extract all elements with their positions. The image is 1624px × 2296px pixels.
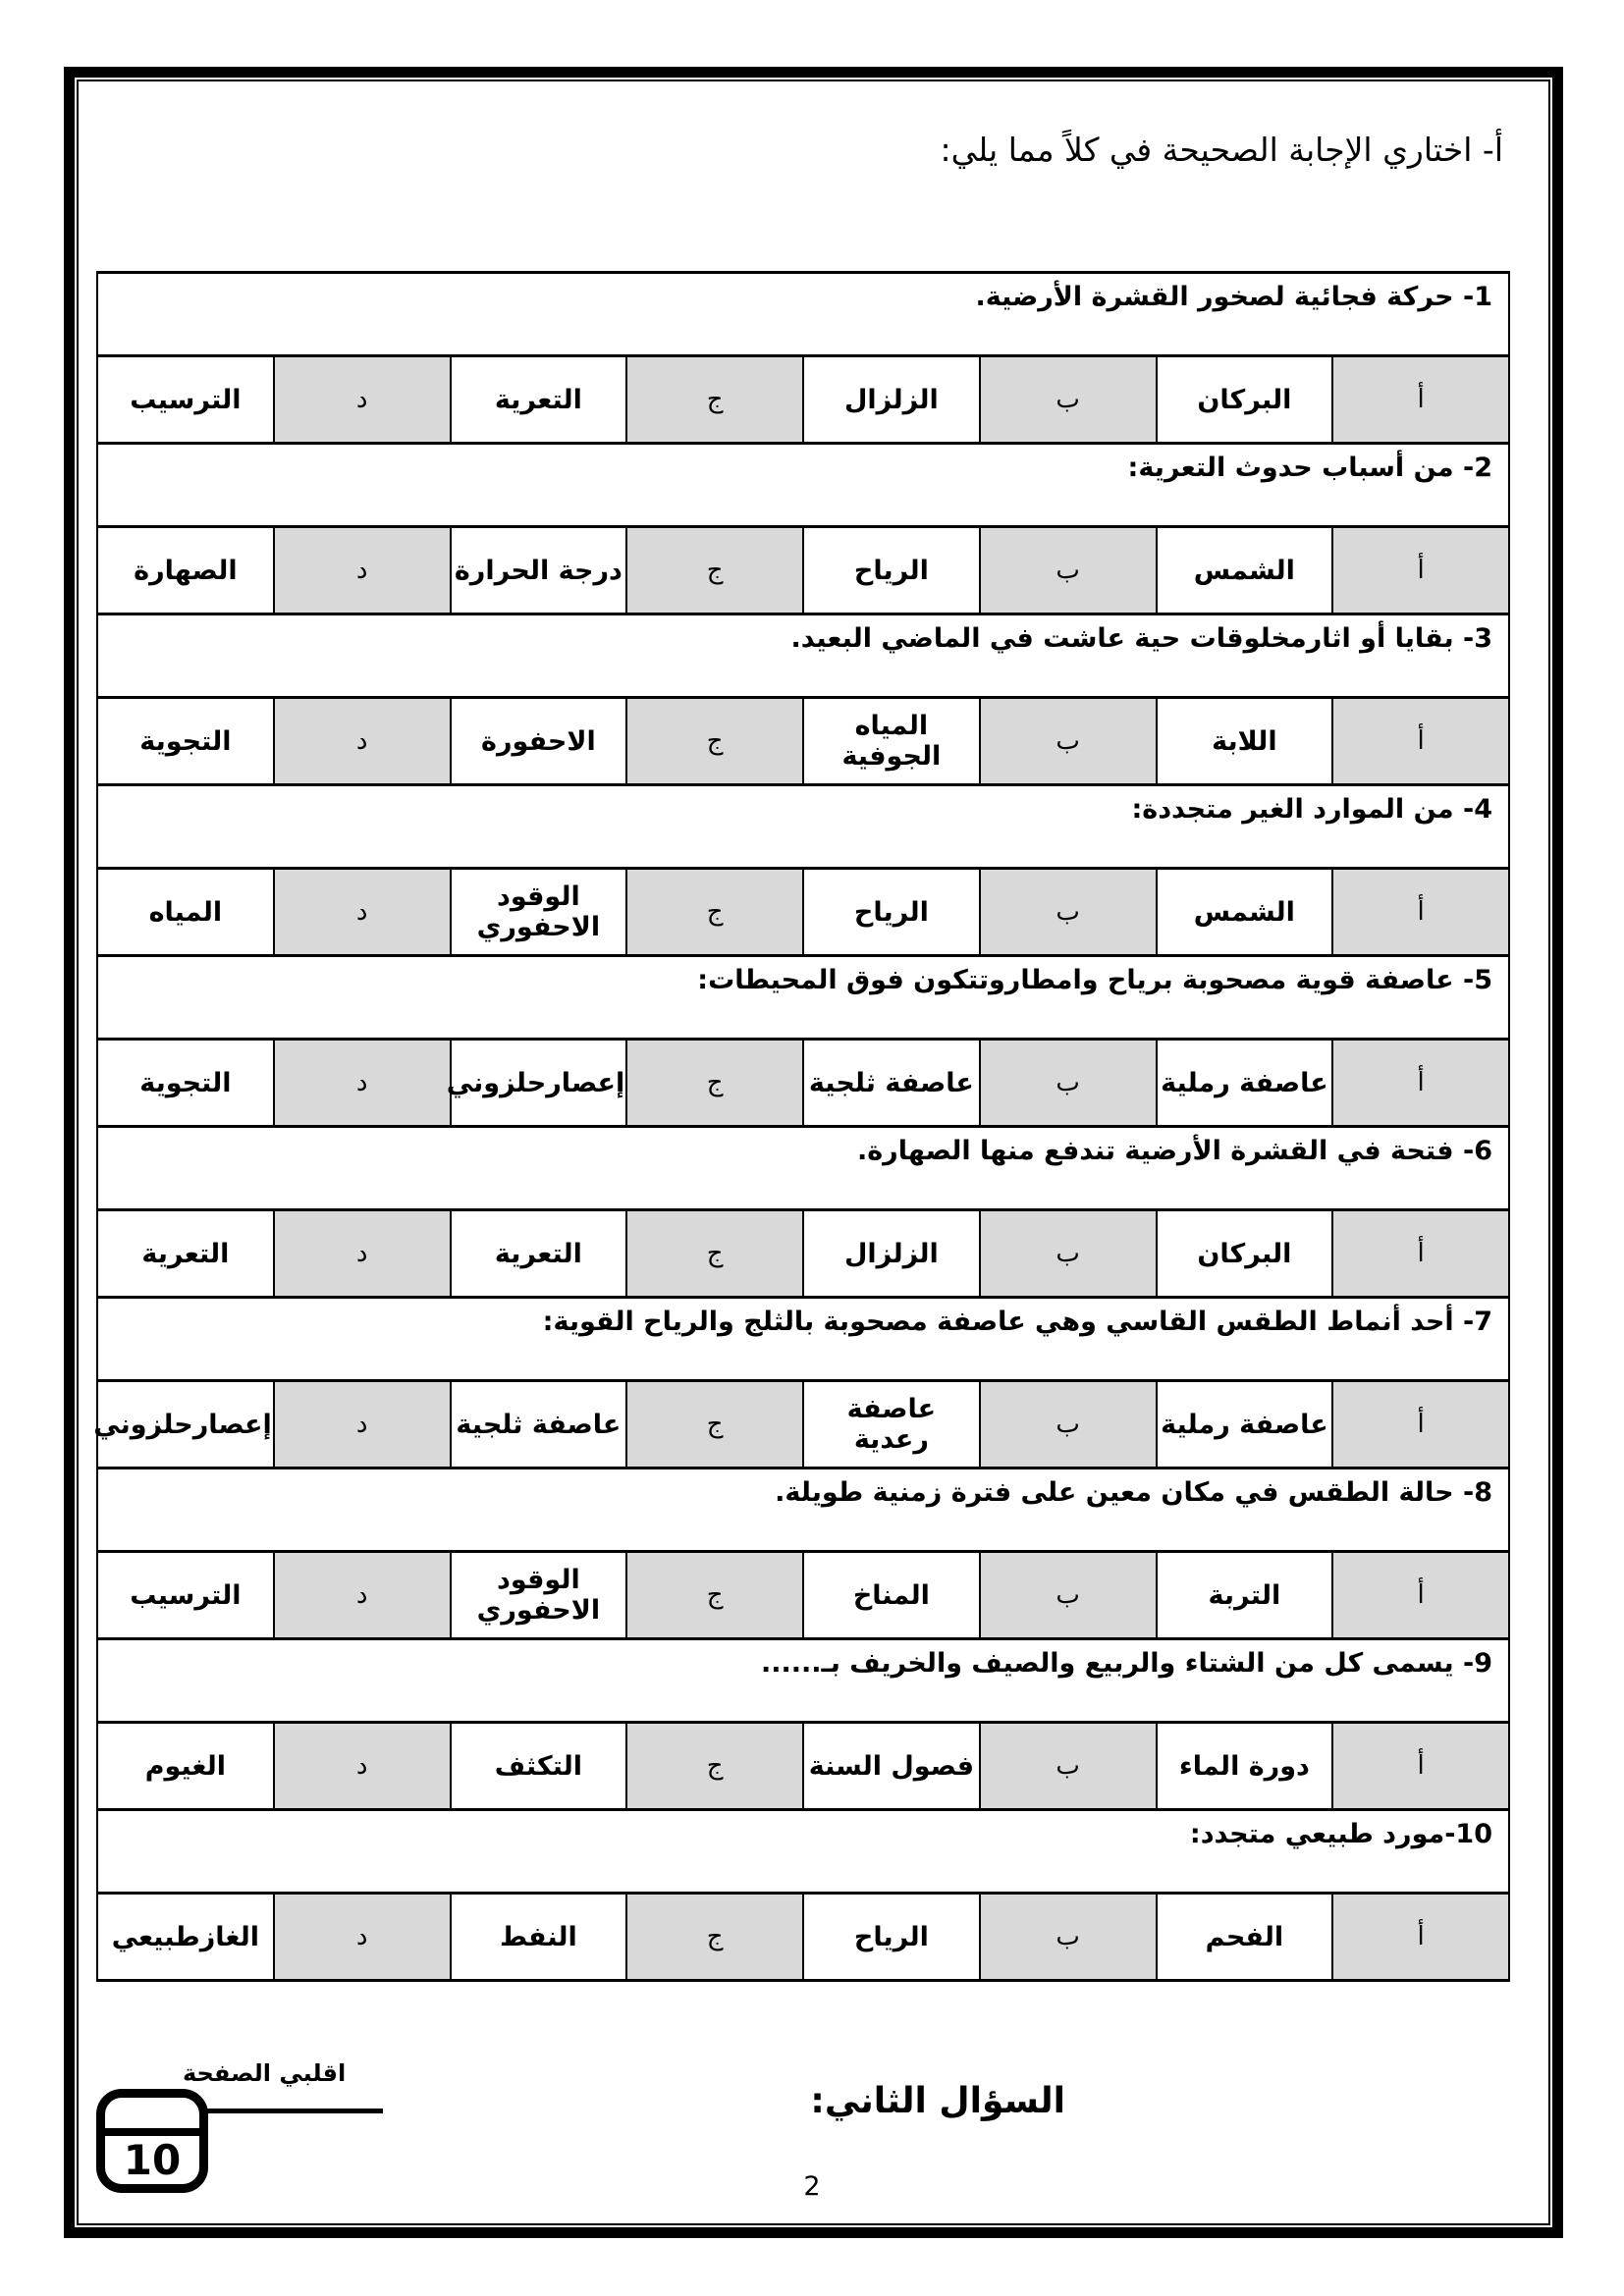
- option-answer: التجوية: [97, 698, 274, 785]
- option-answer: الشمس: [1157, 527, 1333, 614]
- option-letter: أ: [1332, 1210, 1509, 1298]
- turn-page-underline: [202, 2109, 383, 2113]
- option-answer: التعرية: [451, 356, 627, 444]
- question-row: 7- أحد أنماط الطقس القاسي وهي عاصفة مصحو…: [97, 1298, 1509, 1381]
- option-letter: أ: [1332, 1381, 1509, 1468]
- options-row: أ الشمس ب الرياح ج درجة الحرارة د الصهار…: [97, 527, 1509, 614]
- option-letter: ب: [980, 698, 1157, 785]
- option-answer: التعرية: [451, 1210, 627, 1298]
- option-letter: ج: [626, 869, 803, 956]
- option-letter: أ: [1332, 698, 1509, 785]
- option-answer: المياه الجوفية: [803, 698, 980, 785]
- page-border-inner: أ- اختاري الإجابة الصحيحة في كلاً مما يل…: [77, 80, 1550, 2225]
- option-answer: التكثف: [451, 1723, 627, 1810]
- option-answer: الصهارة: [97, 527, 274, 614]
- question-text: 8- حالة الطقس في مكان معين على فترة زمني…: [97, 1468, 1509, 1552]
- option-letter: أ: [1332, 527, 1509, 614]
- option-answer: الاحفورة: [451, 698, 627, 785]
- question-text: 5- عاصفة قوية مصحوبة برياح وامطاروتتكون …: [97, 956, 1509, 1040]
- option-letter: ب: [980, 356, 1157, 444]
- option-letter: د: [274, 1040, 451, 1127]
- question-text: 9- يسمى كل من الشتاء والربيع والصيف والخ…: [97, 1639, 1509, 1723]
- option-answer: عاصفة رملية: [1157, 1040, 1333, 1127]
- question-row: 9- يسمى كل من الشتاء والربيع والصيف والخ…: [97, 1639, 1509, 1723]
- options-row: أ البركان ب الزلزال ج التعرية د التعرية: [97, 1210, 1509, 1298]
- option-answer: الغيوم: [97, 1723, 274, 1810]
- option-answer: الغازطبيعي: [97, 1894, 274, 1981]
- option-answer: الزلزال: [803, 1210, 980, 1298]
- question-row: 6- فتحة في القشرة الأرضية تندفع منها الص…: [97, 1127, 1509, 1210]
- option-answer: الوقود الاحفوري: [451, 869, 627, 956]
- question-row: 2- من أسباب حدوث التعرية:: [97, 444, 1509, 527]
- option-letter: د: [274, 1552, 451, 1639]
- option-letter: د: [274, 698, 451, 785]
- option-answer: الرياح: [803, 1894, 980, 1981]
- option-letter: د: [274, 1381, 451, 1468]
- question-row: 1- حركة فجائية لصخور القشرة الأرضية.: [97, 273, 1509, 356]
- option-letter: أ: [1332, 1894, 1509, 1981]
- option-answer: إعصارحلزوني: [97, 1381, 274, 1468]
- question-text: 4- من الموارد الغير متجددة:: [97, 785, 1509, 869]
- option-answer: فصول السنة: [803, 1723, 980, 1810]
- options-row: أ دورة الماء ب فصول السنة ج التكثف د الغ…: [97, 1723, 1509, 1810]
- option-letter: ب: [980, 527, 1157, 614]
- question-text: 10-مورد طبيعي متجدد:: [97, 1810, 1509, 1894]
- option-answer: اللابة: [1157, 698, 1333, 785]
- option-answer: التجوية: [97, 1040, 274, 1127]
- question-text: 3- بقايا أو اثارمخلوقات حية عاشت في الما…: [97, 614, 1509, 698]
- question-text: 1- حركة فجائية لصخور القشرة الأرضية.: [97, 273, 1509, 356]
- option-letter: ج: [626, 527, 803, 614]
- page-content: أ- اختاري الإجابة الصحيحة في كلاً مما يل…: [79, 81, 1548, 2223]
- option-letter: د: [274, 1723, 451, 1810]
- option-letter: ب: [980, 1381, 1157, 1468]
- option-letter: أ: [1332, 1723, 1509, 1810]
- question-row: 4- من الموارد الغير متجددة:: [97, 785, 1509, 869]
- option-answer: المياه: [97, 869, 274, 956]
- question-text: 7- أحد أنماط الطقس القاسي وهي عاصفة مصحو…: [97, 1298, 1509, 1381]
- question-text: 6- فتحة في القشرة الأرضية تندفع منها الص…: [97, 1127, 1509, 1210]
- option-letter: ج: [626, 698, 803, 785]
- options-row: أ اللابة ب المياه الجوفية ج الاحفورة د ا…: [97, 698, 1509, 785]
- options-row: أ عاصفة رملية ب عاصفة رعدية ج عاصفة ثلجي…: [97, 1381, 1509, 1468]
- option-answer: درجة الحرارة: [451, 527, 627, 614]
- option-answer: عاصفة ثلجية: [803, 1040, 980, 1127]
- question-row: 5- عاصفة قوية مصحوبة برياح وامطاروتتكون …: [97, 956, 1509, 1040]
- option-answer: البركان: [1157, 1210, 1333, 1298]
- option-answer: الترسيب: [97, 1552, 274, 1639]
- options-row: أ عاصفة رملية ب عاصفة ثلجية ج إعصارحلزون…: [97, 1040, 1509, 1127]
- option-answer: التربة: [1157, 1552, 1333, 1639]
- option-letter: ج: [626, 1723, 803, 1810]
- option-answer: الشمس: [1157, 869, 1333, 956]
- option-answer: الرياح: [803, 869, 980, 956]
- option-letter: د: [274, 1210, 451, 1298]
- question-row: 3- بقايا أو اثارمخلوقات حية عاشت في الما…: [97, 614, 1509, 698]
- option-letter: أ: [1332, 1552, 1509, 1639]
- option-answer: الوقود الاحفوري: [451, 1552, 627, 1639]
- option-answer: عاصفة ثلجية: [451, 1381, 627, 1468]
- option-answer: التعرية: [97, 1210, 274, 1298]
- option-letter: ب: [980, 1552, 1157, 1639]
- option-letter: ب: [980, 1040, 1157, 1127]
- quiz-table: 1- حركة فجائية لصخور القشرة الأرضية. أ ا…: [96, 271, 1510, 1982]
- option-letter: ب: [980, 1894, 1157, 1981]
- option-answer: الفحم: [1157, 1894, 1333, 1981]
- option-answer: البركان: [1157, 356, 1333, 444]
- page-title: أ- اختاري الإجابة الصحيحة في كلاً مما يل…: [79, 131, 1548, 169]
- option-letter: ج: [626, 1381, 803, 1468]
- option-answer: الرياح: [803, 527, 980, 614]
- options-row: أ الشمس ب الرياح ج الوقود الاحفوري د الم…: [97, 869, 1509, 956]
- option-letter: ب: [980, 1723, 1157, 1810]
- options-row: أ التربة ب المناخ ج الوقود الاحفوري د ال…: [97, 1552, 1509, 1639]
- question-text: 2- من أسباب حدوث التعرية:: [97, 444, 1509, 527]
- score-box-empty-cell: [105, 2098, 199, 2136]
- option-answer: عاصفة رعدية: [803, 1381, 980, 1468]
- question-row: 10-مورد طبيعي متجدد:: [97, 1810, 1509, 1894]
- question-row: 8- حالة الطقس في مكان معين على فترة زمني…: [97, 1468, 1509, 1552]
- options-row: أ البركان ب الزلزال ج التعرية د الترسيب: [97, 356, 1509, 444]
- option-letter: ج: [626, 356, 803, 444]
- option-letter: ج: [626, 1210, 803, 1298]
- option-letter: ب: [980, 869, 1157, 956]
- option-letter: أ: [1332, 1040, 1509, 1127]
- turn-page-label: اقلبي الصفحة: [183, 2059, 346, 2087]
- option-answer: الزلزال: [803, 356, 980, 444]
- option-letter: د: [274, 869, 451, 956]
- option-letter: د: [274, 527, 451, 614]
- options-row: أ الفحم ب الرياح ج النفط د الغازطبيعي: [97, 1894, 1509, 1981]
- option-answer: النفط: [451, 1894, 627, 1981]
- option-letter: د: [274, 1894, 451, 1981]
- option-answer: المناخ: [803, 1552, 980, 1639]
- option-letter: ب: [980, 1210, 1157, 1298]
- page-number: 2: [0, 2171, 1624, 2202]
- option-answer: عاصفة رملية: [1157, 1381, 1333, 1468]
- option-letter: ج: [626, 1040, 803, 1127]
- page-border-outer: أ- اختاري الإجابة الصحيحة في كلاً مما يل…: [64, 67, 1563, 2238]
- option-letter: ج: [626, 1552, 803, 1639]
- option-letter: د: [274, 356, 451, 444]
- option-letter: أ: [1332, 869, 1509, 956]
- option-letter: أ: [1332, 356, 1509, 444]
- section-two-heading: السؤال الثاني:: [810, 2081, 1065, 2121]
- option-answer: الترسيب: [97, 356, 274, 444]
- option-answer: دورة الماء: [1157, 1723, 1333, 1810]
- option-letter: ج: [626, 1894, 803, 1981]
- option-answer: إعصارحلزوني: [451, 1040, 627, 1127]
